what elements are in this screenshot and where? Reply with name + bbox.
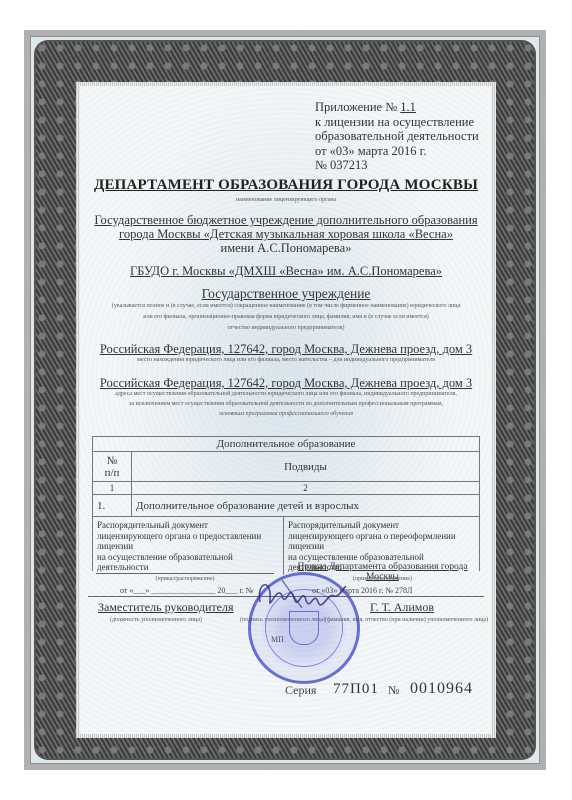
appendix-line: к лицензии на осуществление	[315, 115, 490, 130]
org-full-name-line: города Москвы «Детская музыкальная хоров…	[80, 227, 492, 242]
position-caption: (должность уполномоченного лица)	[110, 616, 202, 624]
left-order-caption: (приказ/распоряжение)	[96, 575, 274, 583]
number-label: №	[388, 683, 399, 698]
activity-caption: за исключением мест осуществления образо…	[80, 400, 492, 408]
seal-label: МП	[271, 635, 284, 644]
issue-order-left: Распорядительный документ лицензирующего…	[93, 517, 283, 572]
legal-form-caption: (указывается полное и (в случае, если им…	[80, 302, 492, 310]
left-doc-line: на осуществление образовательной деятель…	[97, 552, 279, 573]
signer-position: Заместитель руководителя	[98, 600, 234, 615]
handwritten-signature	[252, 572, 352, 622]
left-order-line	[96, 573, 274, 574]
index-cell: 1	[93, 482, 132, 495]
location-caption: место нахождения юридического лица или е…	[80, 356, 492, 364]
right-doc-line: Распорядительный документ	[288, 520, 477, 531]
appendix-line: образовательной деятельности	[315, 129, 490, 144]
series-value: 77П01	[333, 681, 379, 698]
org-full-name-line: имени А.С.Пономарева»	[80, 241, 492, 256]
org-full-name-line: Государственное бюджетное учреждение доп…	[80, 213, 492, 228]
left-doc-line: Распорядительный документ	[97, 520, 279, 531]
org-legal-form: Государственное учреждение	[80, 287, 492, 302]
left-order-date: от «___» ________________ 20___ г. №	[120, 586, 253, 595]
row-num: 1.	[93, 495, 132, 517]
index-cell: 2	[132, 482, 480, 495]
series-label: Серия	[285, 683, 316, 698]
license-number: № 037213	[315, 158, 490, 173]
authority-name: ДЕПАРТАМЕНТ ОБРАЗОВАНИЯ ГОРОДА МОСКВЫ	[80, 177, 492, 194]
document-panel: Приложение № 1.1 к лицензии на осуществл…	[80, 86, 492, 734]
org-location: Российская Федерация, 127642, город Моск…	[80, 342, 492, 357]
table-title: Дополнительное образование	[93, 437, 480, 452]
activity-address: Российская Федерация, 127642, город Моск…	[80, 376, 492, 391]
header-num: № п/п	[93, 452, 132, 482]
row-subtype: Дополнительное образование детей и взрос…	[132, 495, 480, 517]
subtypes-table: Дополнительное образование № п/п Подвиды…	[92, 436, 480, 517]
activity-caption: основным программам профессионального об…	[80, 410, 492, 418]
table-row: 1. Дополнительное образование детей и вз…	[93, 495, 480, 517]
left-doc-line: лицензирующего органа о предоставлении л…	[97, 531, 279, 552]
org-short-name: ГБУДО г. Москвы «ДМХШ «Весна» им. А.С.По…	[80, 264, 492, 279]
appendix-date: от «03» марта 2016 г.	[315, 144, 490, 159]
signer-name: Г. Т. Алимов	[370, 600, 434, 615]
header-subtypes: Подвиды	[132, 452, 480, 482]
appendix-prefix: Приложение №	[315, 100, 400, 114]
legal-form-caption: или его филиала, организационно-правовая…	[80, 313, 492, 321]
appendix-header: Приложение № 1.1 к лицензии на осуществл…	[315, 100, 490, 173]
right-doc-line: лицензирующего органа о переоформлении л…	[288, 531, 477, 552]
authority-caption: наименование лицензирующего органа	[80, 196, 492, 204]
activity-caption: адреса мест осуществления образовательно…	[80, 390, 492, 398]
legal-form-caption: отчество индивидуального предпринимателя…	[80, 324, 492, 332]
appendix-number: 1.1	[400, 100, 416, 114]
blank-number: 0010964	[410, 680, 473, 698]
